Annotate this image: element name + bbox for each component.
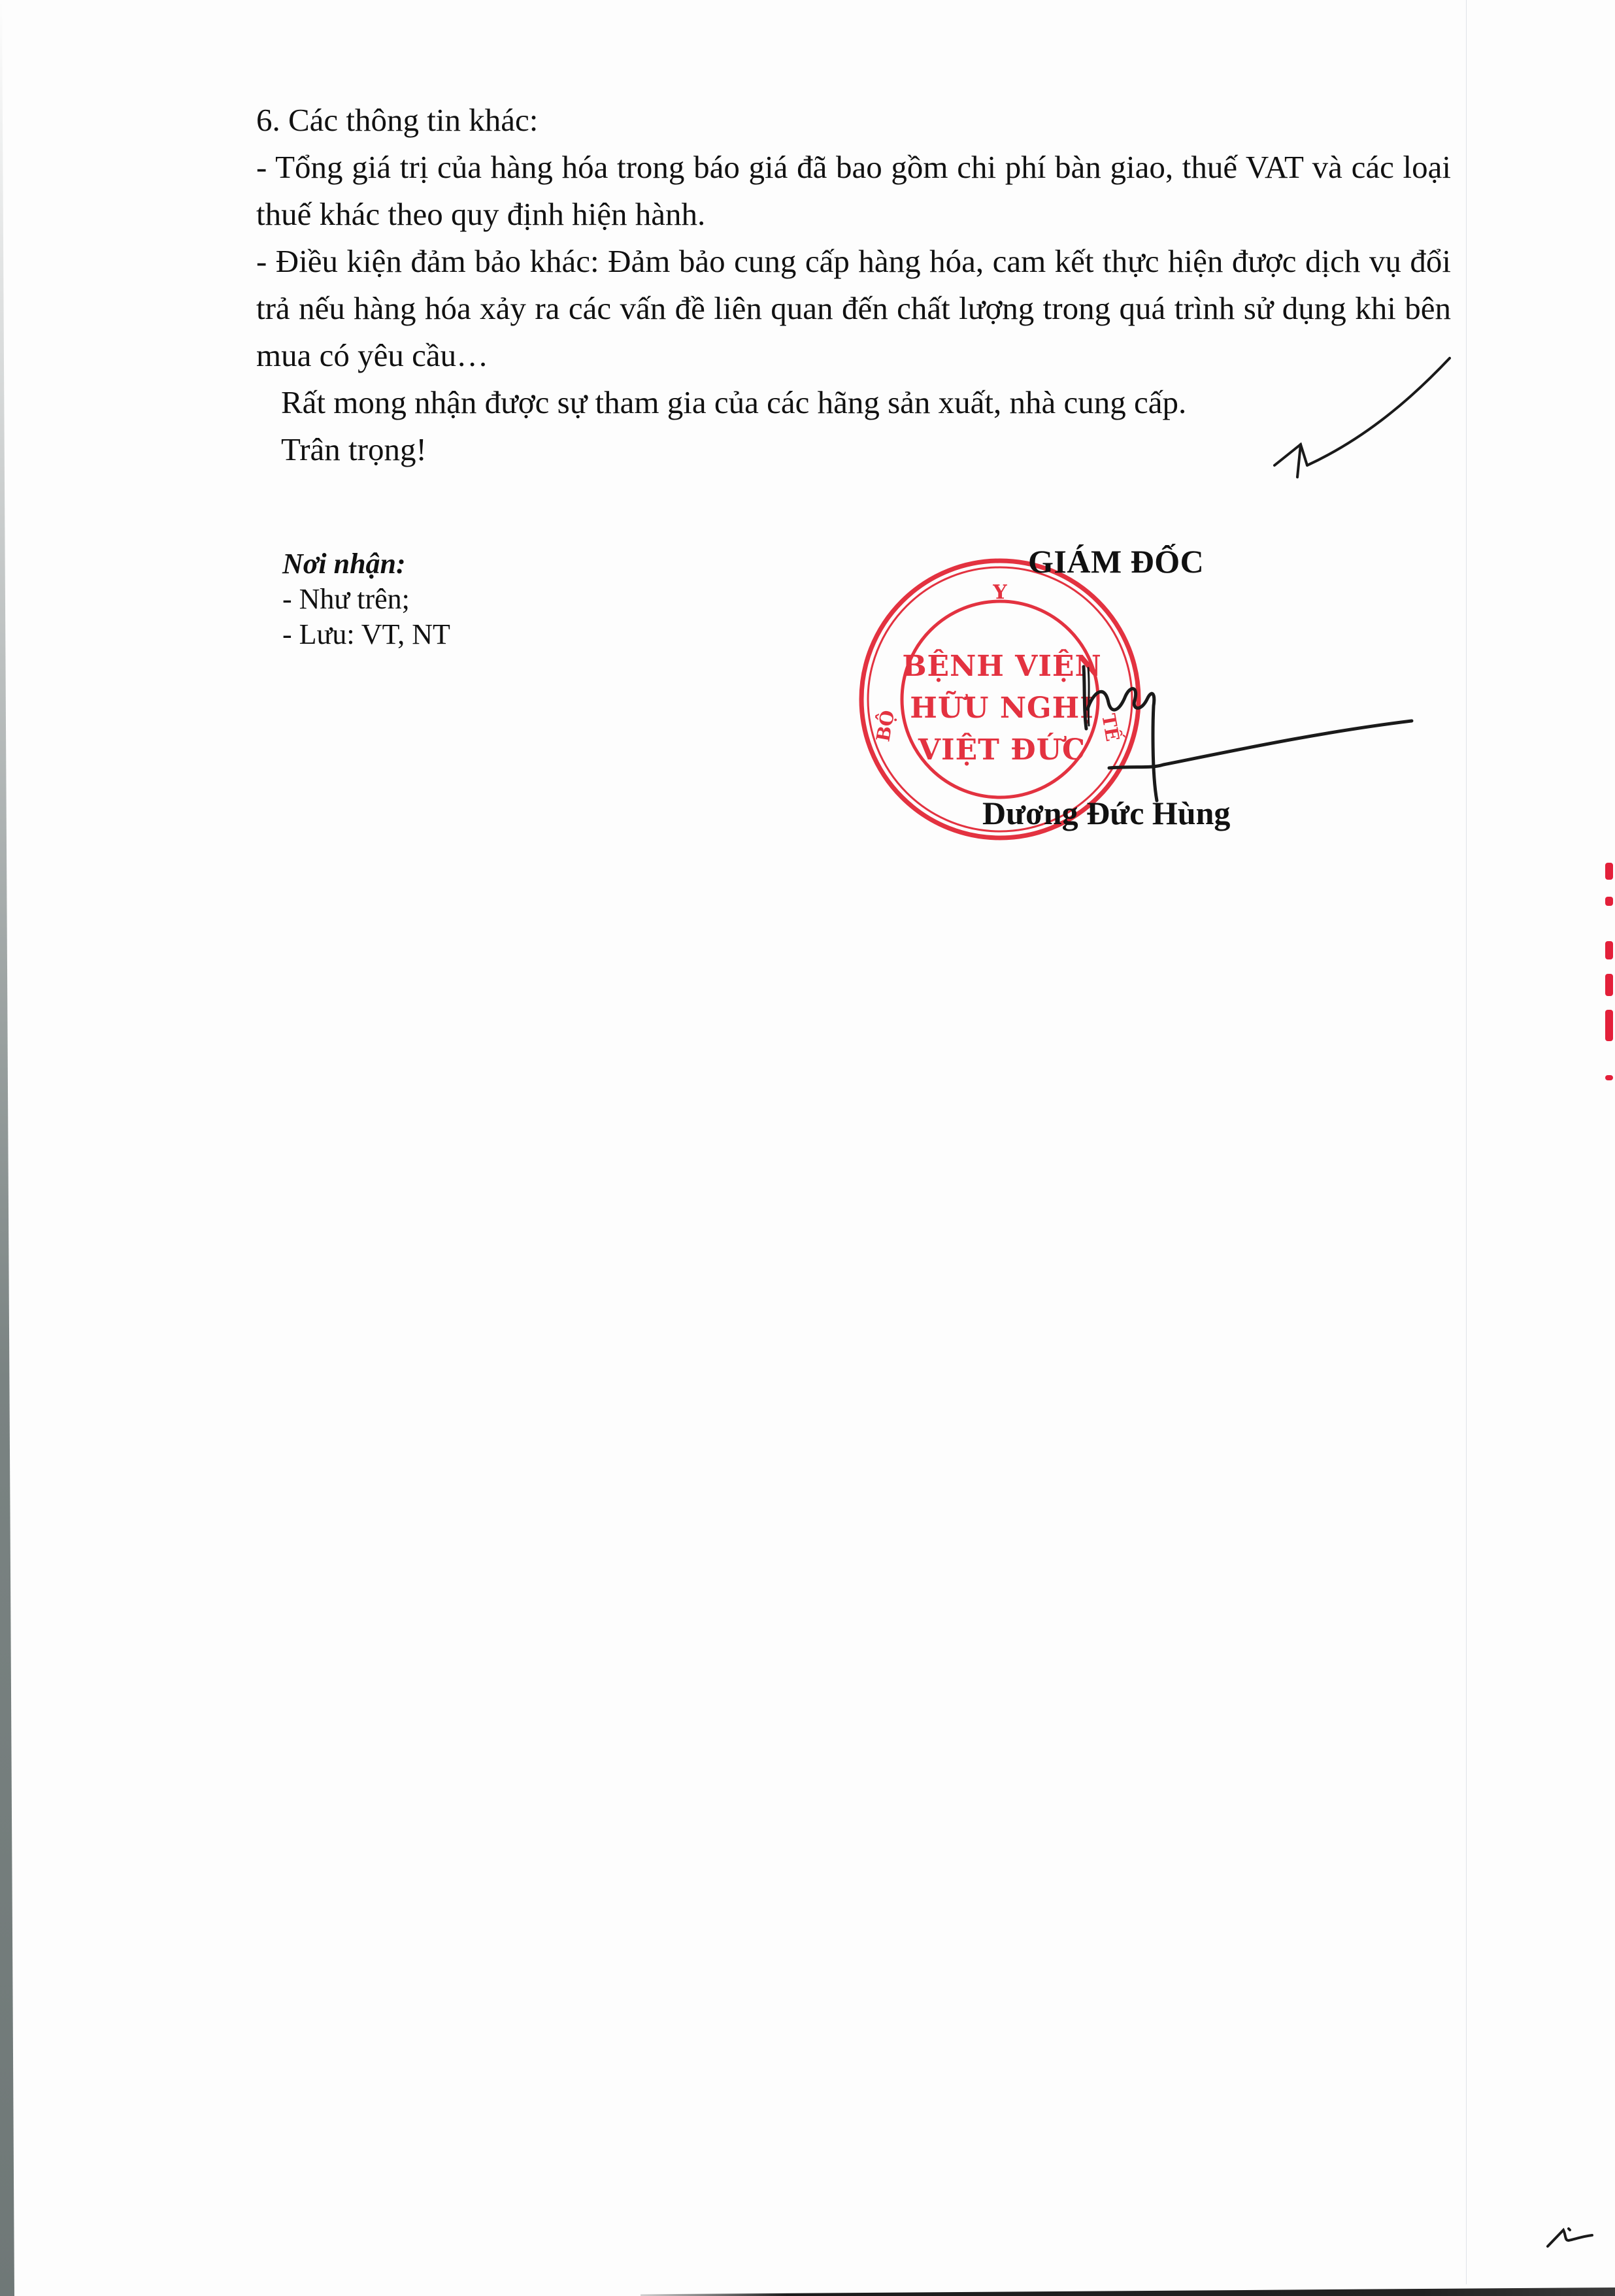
recipient-item: - Lưu: VT, NT (282, 617, 450, 652)
scan-edge-shadow-bottom (641, 2288, 1615, 2296)
stamp-line: VIỆT ĐỨC (855, 733, 1149, 767)
recipients-block: Nơi nhận: - Như trên; - Lưu: VT, NT (282, 546, 450, 652)
stamp-line: HỮU NGHỊ (855, 691, 1149, 725)
edge-stamp-bleed (1603, 856, 1615, 1078)
closing-regards: Trân trọng! (256, 426, 1451, 473)
scan-edge-shadow-left (0, 0, 16, 2296)
recipients-title: Nơi nhận: (282, 546, 450, 582)
section-heading: 6. Các thông tin khác: (256, 97, 1451, 144)
recipient-item: - Như trên; (282, 582, 450, 617)
stamp-line: BỆNH VIỆN (855, 650, 1149, 683)
document-page: 6. Các thông tin khác: - Tổng giá trị củ… (0, 0, 1615, 2296)
closing-invitation: Rất mong nhận được sự tham gia của các h… (256, 379, 1451, 426)
paragraph-warranty-conditions: - Điều kiện đảm bảo khác: Đảm bảo cung c… (256, 238, 1451, 379)
paragraph-total-value: - Tổng giá trị của hàng hóa trong báo gi… (256, 144, 1451, 238)
page-initials-icon (1548, 2229, 1592, 2246)
signer-position-title: GIÁM ĐỐC (1028, 542, 1204, 580)
signer-name: Dương Đức Hùng (982, 794, 1230, 832)
page-edge-line (1466, 0, 1467, 2284)
document-body: 6. Các thông tin khác: - Tổng giá trị củ… (256, 97, 1451, 473)
